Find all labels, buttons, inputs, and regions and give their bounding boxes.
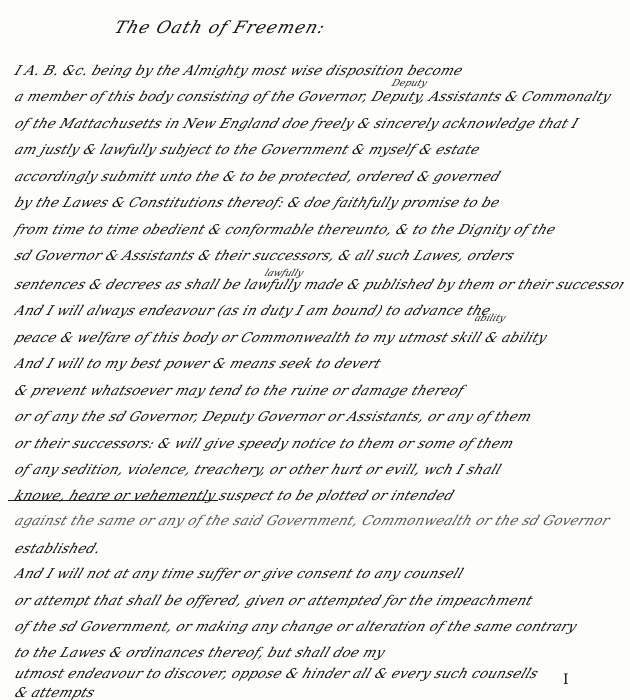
- text-line: sentences & decrees as shall be lawfully…: [12, 276, 627, 294]
- text-line: peace & welfare of this body or Commonwe…: [12, 329, 627, 347]
- text-line: to the Lawes & ordinances thereof, but s…: [12, 644, 627, 662]
- text-line: of the Mattachusetts in New England doe …: [12, 115, 627, 133]
- manuscript-page: The Oath of Freemen: Deputy lawfully abi…: [0, 0, 630, 700]
- text-line: & attempts: [12, 684, 627, 700]
- text-line: or of any the sd Governor, Deputy Govern…: [12, 408, 627, 426]
- text-line: established.: [12, 540, 627, 558]
- text-line: or attempt that shall be offered, given …: [12, 592, 627, 610]
- text-line: from time to time obedient & conformable…: [12, 221, 627, 239]
- text-line: of any sedition, violence, treachery, or…: [12, 461, 627, 479]
- text-line: utmost endeavour to discover, oppose & h…: [12, 665, 627, 683]
- text-line: I A. B. &c. being by the Almighty most w…: [12, 62, 627, 80]
- text-line: against the same or any of the said Gove…: [12, 512, 627, 530]
- text-line: am justly & lawfully subject to the Gove…: [12, 141, 627, 159]
- text-line: of the sd Government, or making any chan…: [12, 618, 627, 636]
- text-line: sd Governor & Assistants & their success…: [12, 247, 627, 265]
- text-line: And I will to my best power & means seek…: [12, 355, 627, 373]
- text-line: And I will always endeavour (as in duty …: [12, 302, 627, 320]
- text-line: And I will not at any time suffer or giv…: [12, 565, 627, 583]
- text-line: by the Lawes & Constitutions thereof: & …: [12, 194, 627, 212]
- text-line: knowe, heare or vehemently suspect to be…: [12, 487, 627, 505]
- document-title: The Oath of Freemen:: [112, 18, 328, 38]
- text-line: & prevent whatsoever may tend to the rui…: [12, 382, 627, 400]
- text-line: accordingly submitt unto the & to be pro…: [12, 168, 627, 186]
- text-line: a member of this body consisting of the …: [12, 88, 627, 106]
- closing-mark: I: [563, 672, 569, 688]
- strike-rule: [8, 500, 218, 501]
- text-line: or their successors: & will give speedy …: [12, 435, 627, 453]
